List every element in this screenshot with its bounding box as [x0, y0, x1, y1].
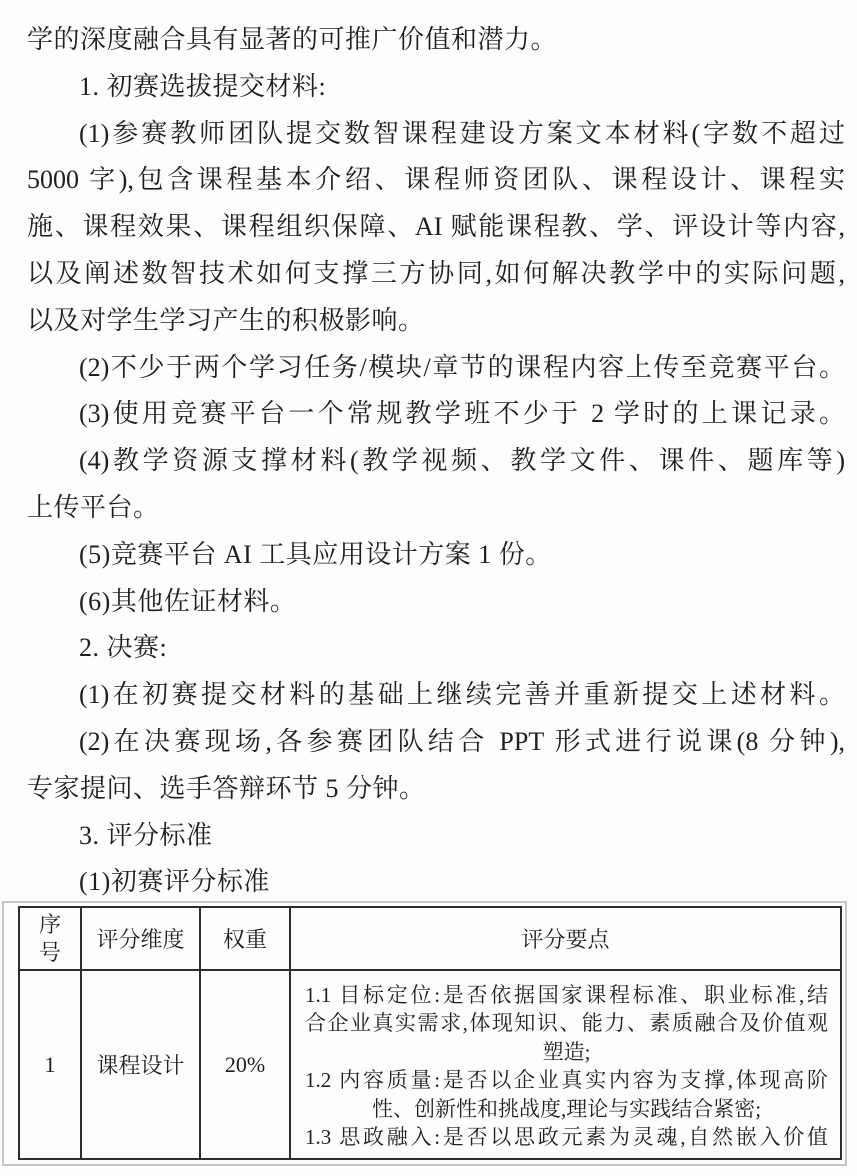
header-label-dimension: 评分维度 [96, 927, 184, 952]
header-cell-no: 序号 [19, 907, 81, 970]
header-label-no: 序号 [38, 911, 62, 967]
document-page: { "page": { "background": "#fdfdfd", "te… [0, 0, 857, 1176]
points-line: 性、创新性和挑战度,理论与实践结合紧密; [305, 1095, 828, 1124]
points-line: 1.1 目标定位:是否依据国家课程标准、职业标准,结 [305, 981, 828, 1010]
row-number-value: 1 [45, 1052, 56, 1077]
scoring-table: 序号 评分维度 权重 评分要点 1 课程设计 20% 1.1 目标定位:是否依据… [18, 906, 842, 1160]
text-line: 专家提问、选手答辩环节 5 分钟。 [27, 766, 845, 813]
table-header-row: 序号 评分维度 权重 评分要点 [19, 907, 841, 970]
scoring-table-container: 序号 评分维度 权重 评分要点 1 课程设计 20% 1.1 目标定位:是否依据… [2, 901, 847, 1166]
cell-row-number: 1 [19, 970, 81, 1159]
text-line: 施、课程效果、课程组织保障、AI 赋能课程教、学、评设计等内容, [27, 204, 845, 251]
points-line: 塑造; [305, 1038, 828, 1067]
text-line-heading-1: 1. 初赛选拔提交材料: [27, 64, 845, 111]
text-line-item-2: (2)不少于两个学习任务/模块/章节的课程内容上传至竞赛平台。 [27, 345, 845, 392]
header-label-points: 评分要点 [521, 927, 609, 952]
text-line-item-5: (5)竞赛平台 AI 工具应用设计方案 1 份。 [27, 532, 845, 579]
table-row: 1 课程设计 20% 1.1 目标定位:是否依据国家课程标准、职业标准,结 合企… [19, 970, 841, 1159]
text-line-item-6: (6)其他佐证材料。 [27, 579, 845, 626]
cell-points: 1.1 目标定位:是否依据国家课程标准、职业标准,结 合企业真实需求,体现知识、… [290, 970, 841, 1159]
points-line: 1.3 思政融入:是否以思政元素为灵魂,自然嵌入价值 [305, 1123, 828, 1152]
points-line: 1.2 内容质量:是否以企业真实内容为支撑,体现高阶 [305, 1066, 828, 1095]
text-line: (1)参赛教师团队提交数智课程建设方案文本材料(字数不超过 [27, 111, 845, 158]
text-line: 5000 字),包含课程基本介绍、课程师资团队、课程设计、课程实 [27, 157, 845, 204]
text-line: (1)在初赛提交材料的基础上继续完善并重新提交上述材料。 [27, 672, 845, 719]
text-line-item-3: (3)使用竞赛平台一个常规教学班不少于 2 学时的上课记录。 [27, 391, 845, 438]
text-line: 以及对学生学习产生的积极影响。 [27, 298, 845, 345]
header-cell-dimension: 评分维度 [81, 907, 200, 970]
cell-dimension: 课程设计 [81, 970, 200, 1159]
text-line: 以及阐述数智技术如何支撑三方协同,如何解决教学中的实际问题, [27, 251, 845, 298]
text-line: (2)在决赛现场,各参赛团队结合 PPT 形式进行说课(8 分钟), [27, 719, 845, 766]
header-label-weight: 权重 [223, 927, 267, 952]
text-line-item-4: (4)教学资源支撑材料(教学视频、教学文件、课件、题库等) [27, 438, 845, 485]
document-body-text: 学的深度融合具有显著的可推广价值和潜力。 1. 初赛选拔提交材料: (1)参赛教… [27, 17, 845, 906]
points-line: 合企业真实需求,体现知识、能力、素质融合及价值观 [305, 1009, 828, 1038]
text-line: 学的深度融合具有显著的可推广价值和潜力。 [27, 17, 845, 64]
text-line-heading-3: 3. 评分标准 [27, 813, 845, 860]
cell-weight: 20% [200, 970, 290, 1159]
text-line-heading-2: 2. 决赛: [27, 625, 845, 672]
dimension-value: 课程设计 [96, 1053, 184, 1078]
header-cell-weight: 权重 [200, 907, 290, 970]
text-line: 上传平台。 [27, 485, 845, 532]
header-cell-points: 评分要点 [290, 907, 841, 970]
text-line-subheading: (1)初赛评分标准 [27, 859, 845, 906]
weight-value: 20% [225, 1052, 265, 1077]
